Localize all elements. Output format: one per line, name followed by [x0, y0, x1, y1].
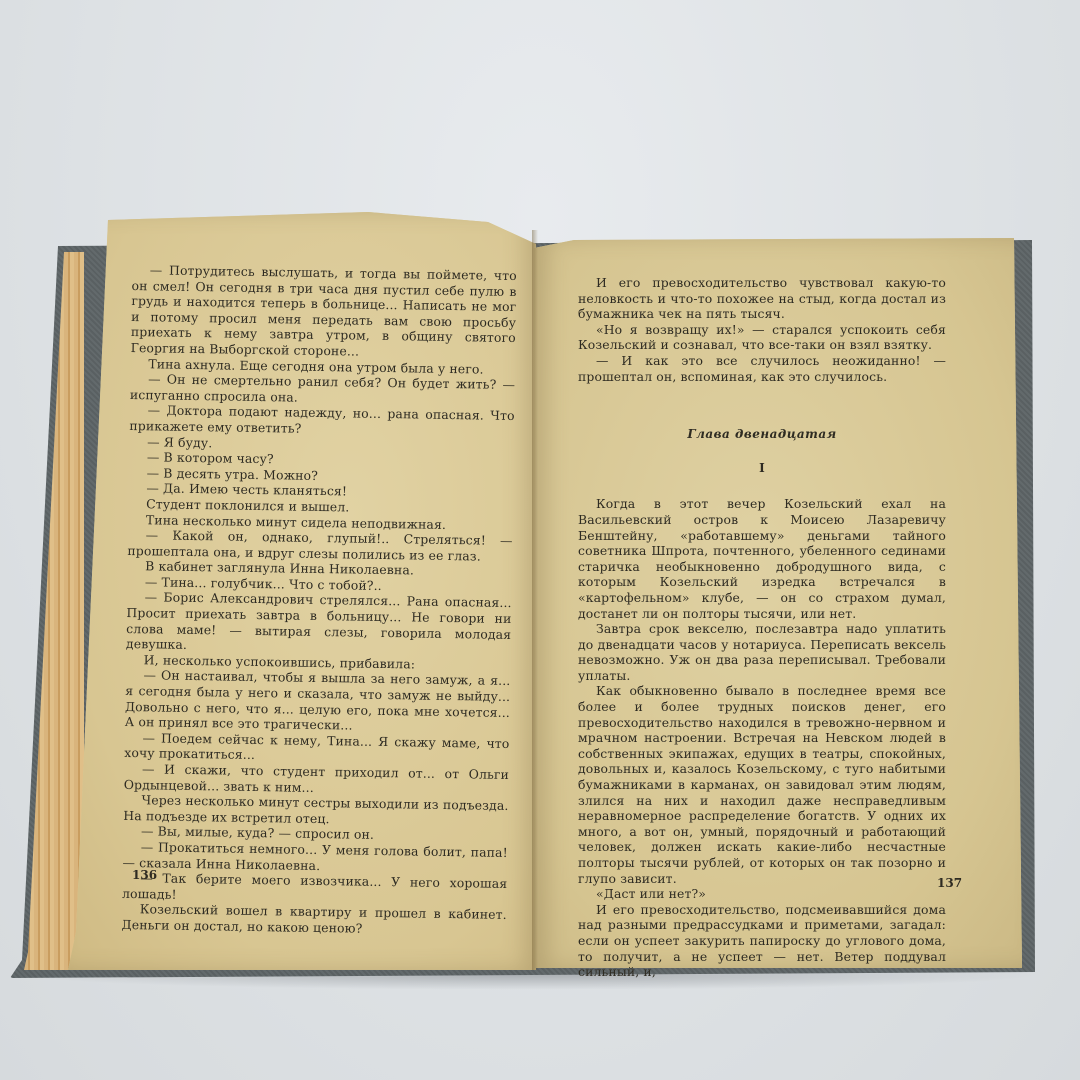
paragraph: Козельский вошел в квартиру и прошел в к… — [121, 901, 506, 938]
book-gutter — [532, 230, 538, 970]
right-page-paragraphs-after: Когда в этот вечер Козельский ехал на Ва… — [578, 496, 946, 979]
page-number-right: 137 — [937, 876, 962, 890]
right-page-paragraphs-before: И его превосходительство чувствовал каку… — [578, 275, 946, 384]
left-page-text: — Потрудитесь выслушать, и тогда вы пойм… — [121, 262, 516, 938]
paragraph: И его превосходительство чувствовал каку… — [578, 275, 946, 322]
paragraph: — И как это все случилось неожиданно! — … — [578, 353, 946, 384]
paragraph: И его превосходительство, подсмеивавшийс… — [578, 902, 946, 980]
paragraph: Когда в этот вечер Козельский ехал на Ва… — [578, 496, 946, 621]
paragraph: — Борис Александрович стрелялся... Рана … — [126, 589, 512, 657]
chapter-heading: Глава двенадцатая — [578, 427, 946, 443]
paragraph: — Потрудитесь выслушать, и тогда вы пойм… — [131, 262, 517, 362]
paragraph: — Он настаивал, чтобы я вышла за него за… — [125, 667, 511, 735]
right-page-text: И его превосходительство чувствовал каку… — [578, 275, 946, 980]
paragraph: Завтра срок векселю, послезавтра надо уп… — [578, 621, 946, 683]
paragraph: «Даст или нет?» — [578, 886, 946, 902]
paragraph: Как обыкновенно бывало в последнее время… — [578, 683, 946, 886]
photo-scene: — Потрудитесь выслушать, и тогда вы пойм… — [0, 0, 1080, 1080]
section-number: I — [578, 461, 946, 477]
paragraph: «Но я возвращу их!» — старался успокоить… — [578, 322, 946, 353]
page-number-left: 136 — [132, 868, 157, 882]
